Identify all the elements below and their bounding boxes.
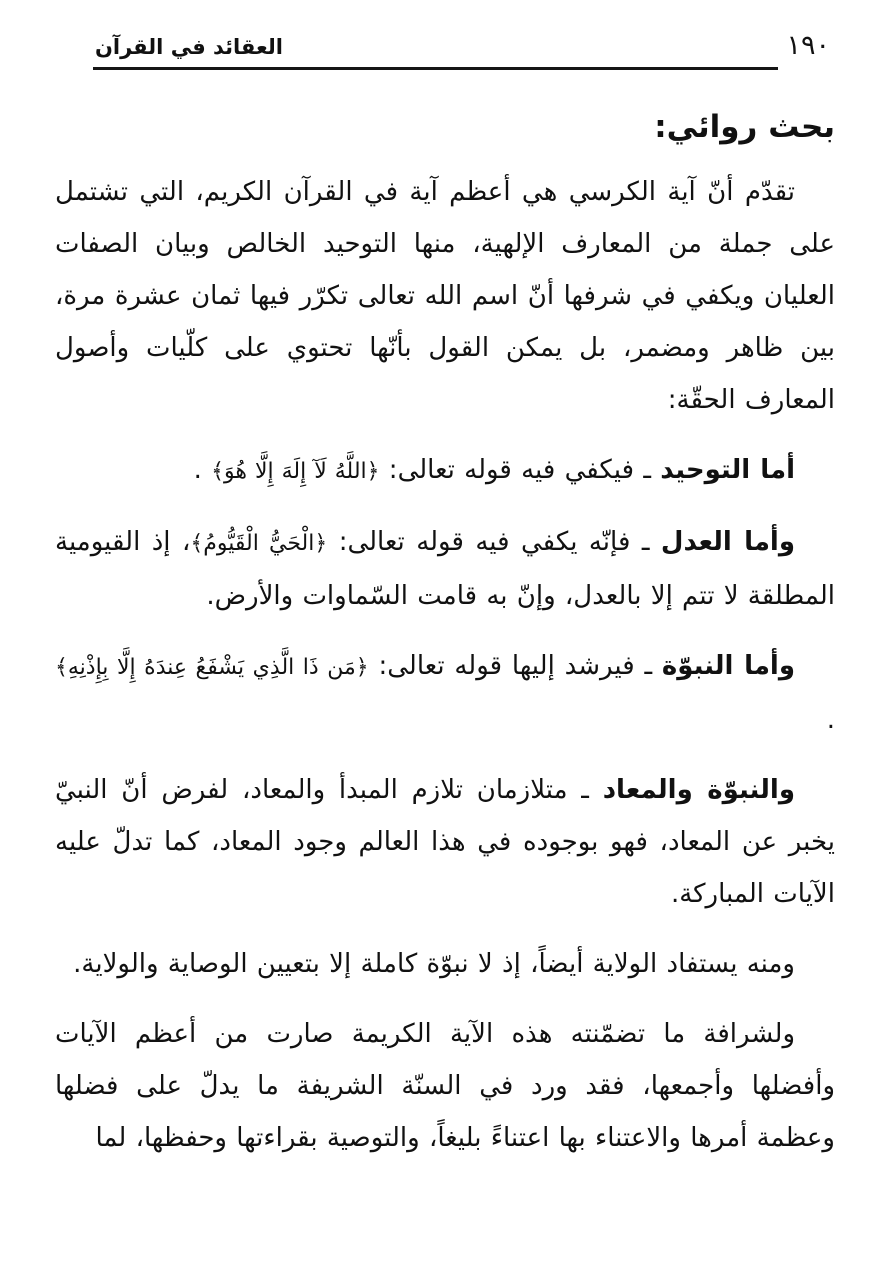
book-title: العقائد في القرآن (95, 35, 283, 61)
paragraph: تقدّم أنّ آية الكرسي هي أعظم آية في القر… (55, 166, 835, 426)
page-number: ١٩٠ (786, 30, 830, 61)
quran-verse: ﴿الْحَيُّ الْقَيُّومُ﴾ (190, 531, 327, 556)
paragraph-text: تقدّم أنّ آية الكرسي هي أعظم آية في القر… (55, 177, 835, 415)
paragraph-lead: وأما العدل (661, 527, 795, 557)
paragraph: وأما النبوّة ـ فيرشد إليها قوله تعالى: ﴿… (55, 640, 835, 746)
paragraph: ومنه يستفاد الولاية أيضاً، إذ لا نبوّة ك… (55, 938, 835, 990)
page-header: ١٩٠ العقائد في القرآن (0, 0, 870, 61)
quran-verse: ﴿مَن ذَا الَّذِي يَشْفَعُ عِندَهُ إِلَّا… (55, 655, 369, 680)
paragraph-lead: والنبوّة والمعاد (603, 775, 795, 805)
paragraph-lead: وأما النبوّة (662, 651, 795, 681)
paragraph-text: . (827, 705, 835, 735)
paragraph-text: . (194, 455, 212, 485)
paragraph-text: ومنه يستفاد الولاية أيضاً، إذ لا نبوّة ك… (73, 949, 795, 979)
book-page: ١٩٠ العقائد في القرآن بحث روائي: تقدّم أ… (0, 0, 870, 1264)
page-content: بحث روائي: تقدّم أنّ آية الكرسي هي أعظم … (0, 102, 870, 1164)
paragraph-text: ولشرافة ما تضمّنته هذه الآية الكريمة صار… (55, 1019, 835, 1153)
paragraph-lead: أما التوحيد (660, 455, 795, 485)
paragraph: ولشرافة ما تضمّنته هذه الآية الكريمة صار… (55, 1008, 835, 1164)
paragraph: وأما العدل ـ فإنّه يكفي فيه قوله تعالى: … (55, 516, 835, 622)
paragraph-text: ـ فإنّه يكفي فيه قوله تعالى: (327, 527, 661, 557)
body-text: تقدّم أنّ آية الكرسي هي أعظم آية في القر… (55, 166, 835, 1164)
header-divider (93, 67, 778, 70)
paragraph: أما التوحيد ـ فيكفي فيه قوله تعالى: ﴿الل… (55, 444, 835, 498)
paragraph-text: ـ فيكفي فيه قوله تعالى: (380, 455, 661, 485)
paragraph-text: ـ فيرشد إليها قوله تعالى: (369, 651, 662, 681)
section-heading: بحث روائي: (55, 102, 835, 152)
quran-verse: ﴿اللَّهُ لَآ إِلَهَ إِلَّا هُوَ﴾ (211, 459, 379, 484)
paragraph: والنبوّة والمعاد ـ متلازمان تلازم المبدأ… (55, 764, 835, 920)
